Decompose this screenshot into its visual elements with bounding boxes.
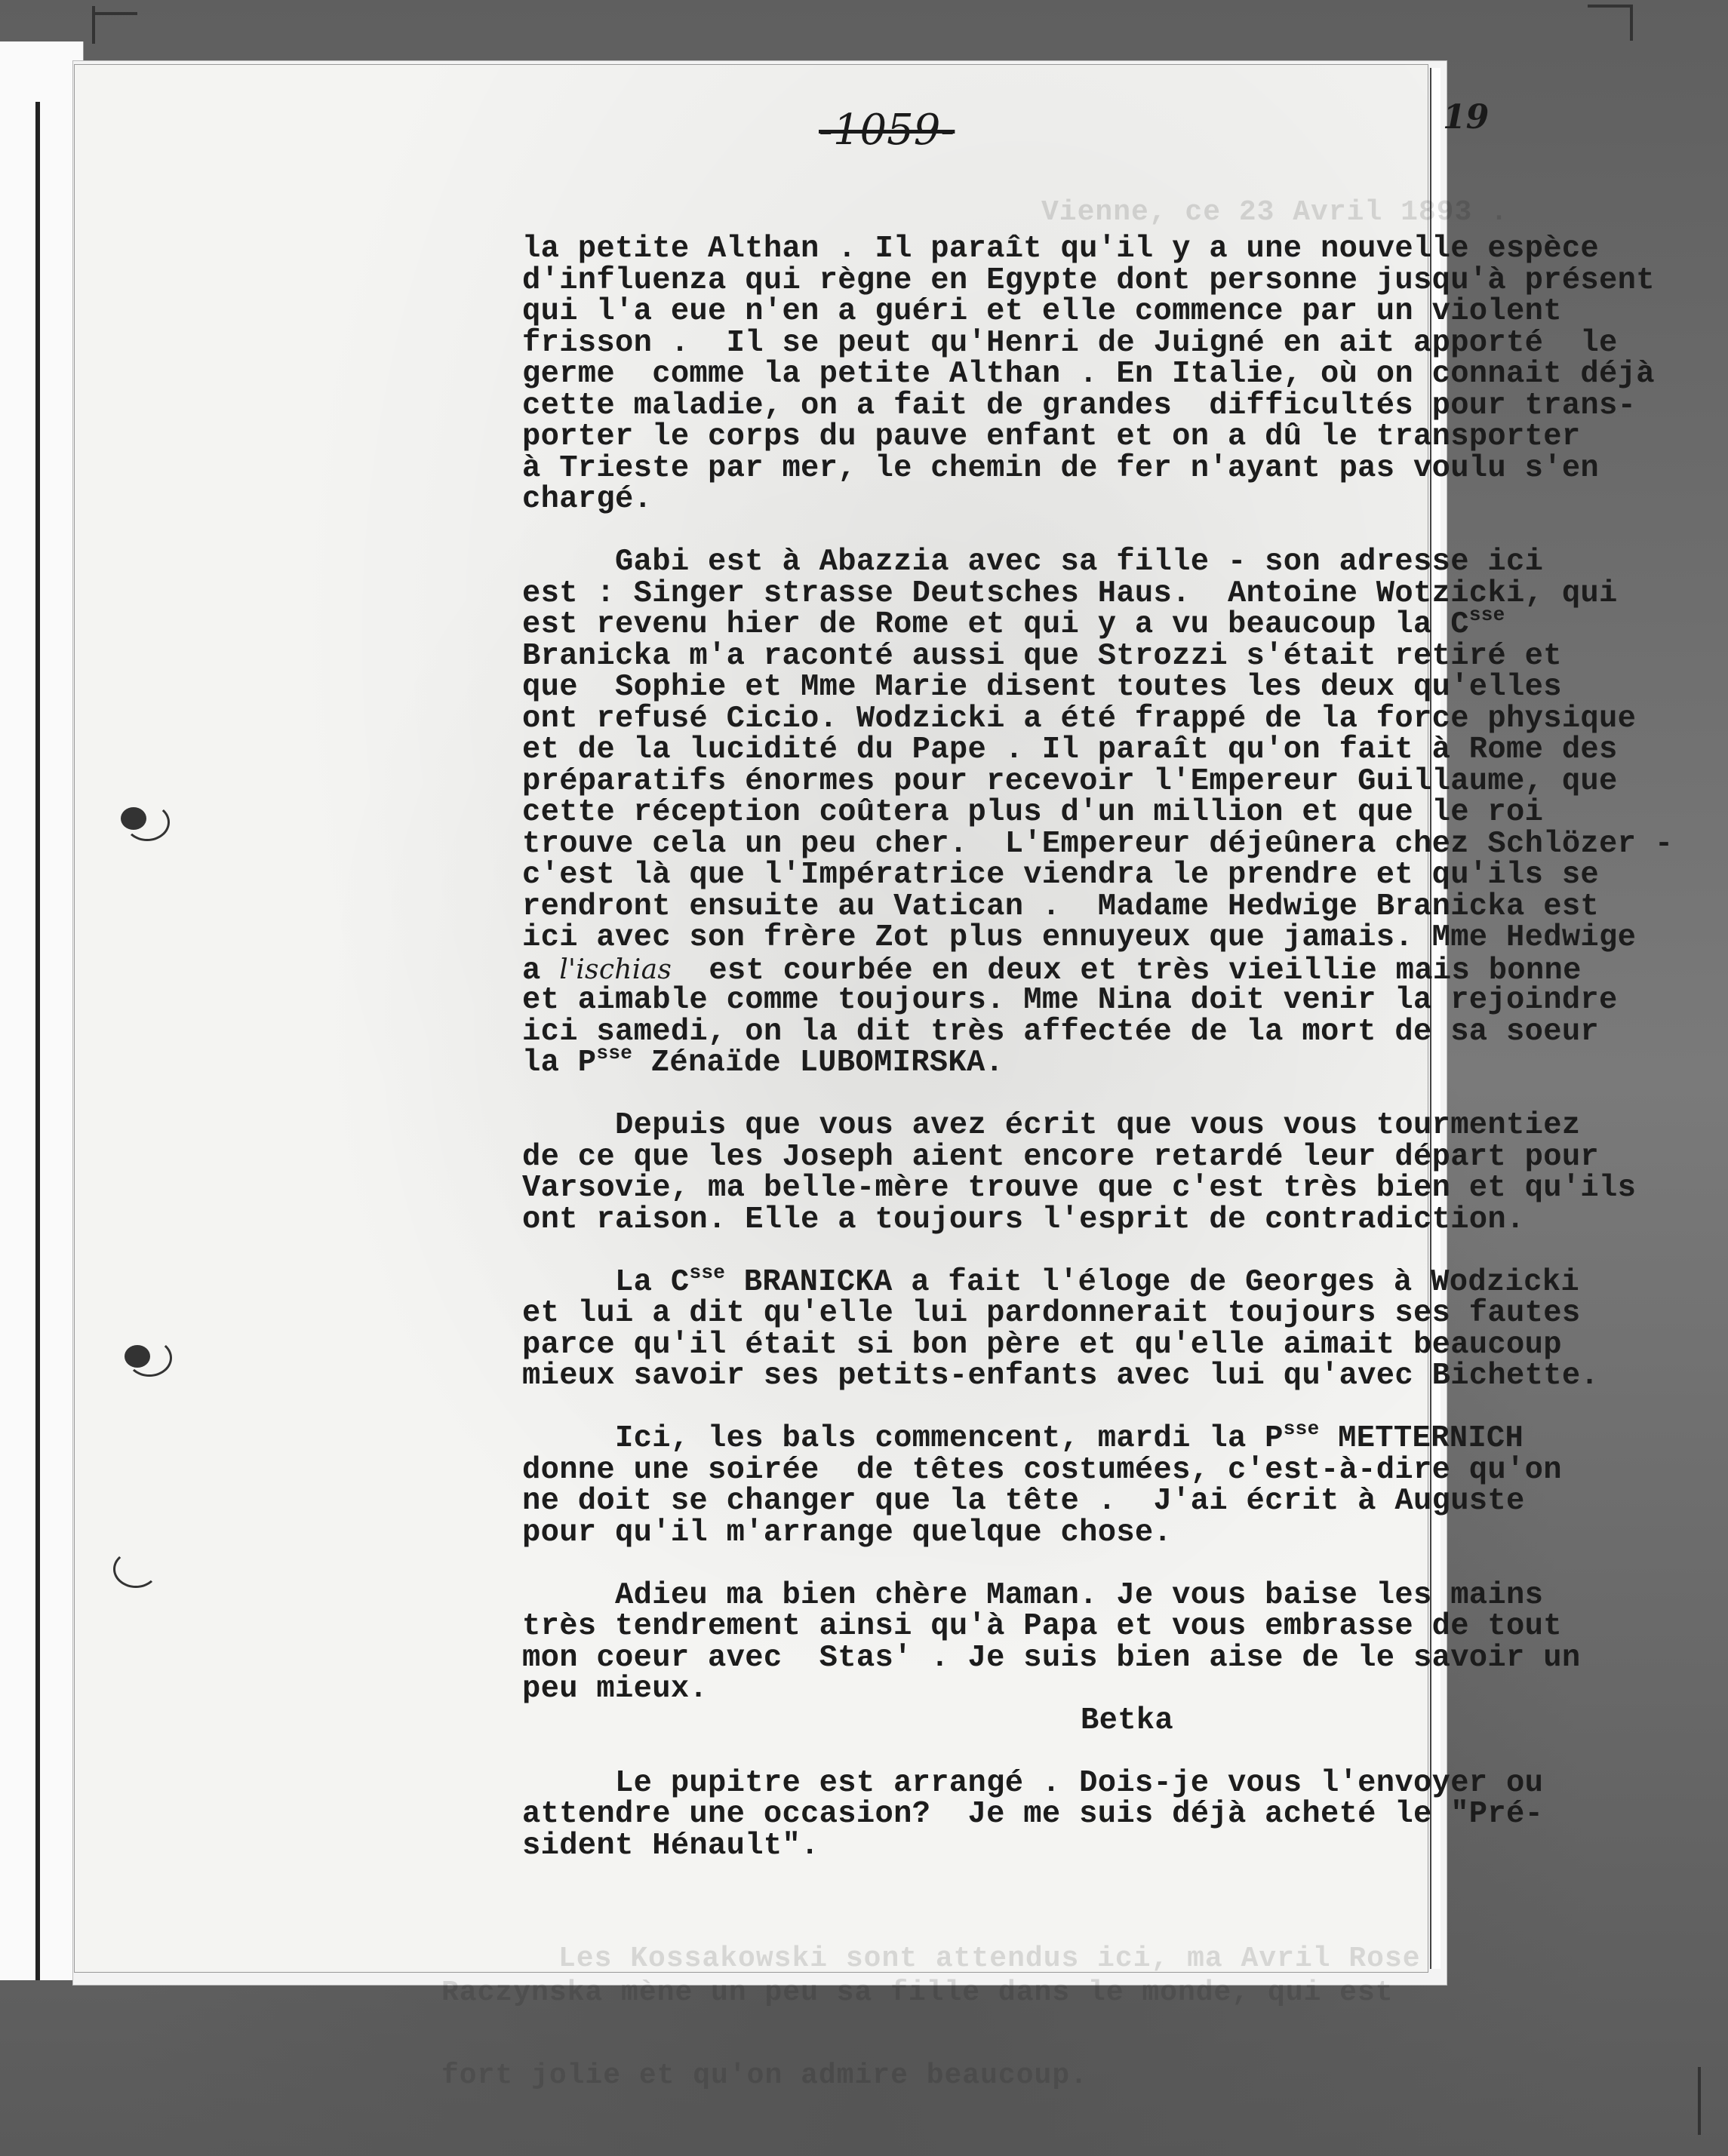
text-line: et aimable comme toujours. Mme Nina doit… <box>522 985 1631 1017</box>
text-line: rendront ensuite au Vatican . Madame Hed… <box>522 892 1631 923</box>
punch-hole-ring-icon <box>127 1339 172 1377</box>
text-line: c'est là que l'Impératrice viendra le pr… <box>522 860 1631 892</box>
superscript: sse <box>596 1042 632 1064</box>
postscript-line: attendre une occasion? Je me suis déjà a… <box>522 1799 1631 1831</box>
text-line: qui l'a eue n'en a guéri et elle commenc… <box>522 296 1631 328</box>
text-line: d'influenza qui règne en Egypte dont per… <box>522 266 1631 297</box>
superscript: sse <box>1469 603 1505 626</box>
crop-mark-top-right <box>1588 5 1633 8</box>
text-line: ici samedi, on la dit très affectée de l… <box>522 1017 1631 1049</box>
signature: Betka <box>522 1706 1631 1737</box>
page-number: 19 <box>1443 98 1489 137</box>
text-line: Ici, les bals commencent, mardi la Psse … <box>522 1424 1631 1455</box>
text-line: la Psse Zénaïde LUBOMIRSKA. <box>522 1048 1631 1080</box>
crop-mark-bottom-right <box>1698 2067 1701 2135</box>
text-line: de ce que les Joseph aient encore retard… <box>522 1142 1631 1174</box>
text-line: Varsovie, ma belle-mère trouve que c'est… <box>522 1173 1631 1205</box>
folio-number-struck: -1059- <box>819 106 955 155</box>
punch-hole-ring-icon <box>113 1550 158 1588</box>
text-line: ici avec son frère Zot plus ennuyeux que… <box>522 923 1631 954</box>
text-line: cette réception coûtera plus d'un millio… <box>522 797 1631 829</box>
text-line: ont raison. Elle a toujours l'esprit de … <box>522 1205 1631 1236</box>
punch-hole-ring-icon <box>125 803 170 841</box>
letter-body: la petite Althan . Il paraît qu'il y a u… <box>522 234 1631 1862</box>
text-line: donne une soirée de têtes costumées, c'e… <box>522 1455 1631 1487</box>
handwritten-insertion: l'ischias <box>559 954 672 985</box>
ghost-line: Raczynska mène un peu sa fille dans le m… <box>441 1976 1394 2009</box>
text-line: chargé. <box>522 484 1631 516</box>
superscript: sse <box>689 1261 725 1284</box>
text-line: est : Singer strasse Deutsches Haus. Ant… <box>522 579 1631 610</box>
text-line: porter le corps du pauve enfant et on a … <box>522 422 1631 453</box>
ghost-header: Vienne, ce 23 Avril 1893 . <box>1041 196 1508 229</box>
text-line: mon coeur avec Stas' . Je suis bien aise… <box>522 1643 1631 1675</box>
text-line: Gabi est à Abazzia avec sa fille - son a… <box>522 547 1631 579</box>
text-line: La Csse BRANICKA a fait l'éloge de Georg… <box>522 1267 1631 1299</box>
text-line: à Trieste par mer, le chemin de fer n'ay… <box>522 453 1631 485</box>
text-line: a l'ischias est courbée en deux et très … <box>522 954 1631 986</box>
postscript-line: Le pupitre est arrangé . Dois-je vous l'… <box>522 1768 1631 1800</box>
text-line: préparatifs énormes pour recevoir l'Empe… <box>522 766 1631 798</box>
text-line: Adieu ma bien chère Maman. Je vous baise… <box>522 1580 1631 1612</box>
text-line: trouve cela un peu cher. L'Empereur déje… <box>522 829 1631 861</box>
text-line: germe comme la petite Althan . En Italie… <box>522 359 1631 391</box>
text-line: frisson . Il se peut qu'Henri de Juigné … <box>522 328 1631 360</box>
underlying-sheet <box>0 41 84 1980</box>
text-line: très tendrement ainsi qu'à Papa et vous … <box>522 1611 1631 1643</box>
text-line: et lui a dit qu'elle lui pardonnerait to… <box>522 1298 1631 1330</box>
text-line: pour qu'il m'arrange quelque chose. <box>522 1518 1631 1549</box>
text-line: ont refusé Cicio. Wodzicki a été frappé … <box>522 704 1631 736</box>
postscript-line: sident Hénault". <box>522 1831 1631 1863</box>
text-line: Branicka m'a raconté aussi que Strozzi s… <box>522 641 1631 673</box>
ghost-line: Les Kossakowski sont attendus ici, ma Av… <box>558 1943 1421 1975</box>
crop-mark-top-left <box>92 12 137 15</box>
text-line: parce qu'il était si bon père et qu'elle… <box>522 1330 1631 1362</box>
superscript: sse <box>1284 1417 1320 1440</box>
text-line: et de la lucidité du Pape . Il paraît qu… <box>522 735 1631 766</box>
binding-rule <box>35 102 40 1980</box>
text-line: mieux savoir ses petits-enfants avec lui… <box>522 1361 1631 1393</box>
text-line: Depuis que vous avez écrit que vous vous… <box>522 1110 1631 1142</box>
ghost-line: fort jolie et qu'on admire beaucoup. <box>441 2059 1088 2092</box>
crop-mark-top-right <box>1630 5 1633 41</box>
text-line: peu mieux. <box>522 1674 1631 1706</box>
text-line: cette maladie, on a fait de grandes diff… <box>522 391 1631 422</box>
text-line: est revenu hier de Rome et qui y a vu be… <box>522 610 1631 641</box>
text-line: que Sophie et Mme Marie disent toutes le… <box>522 672 1631 704</box>
text-line: ne doit se changer que la tête . J'ai éc… <box>522 1486 1631 1518</box>
text-line: la petite Althan . Il paraît qu'il y a u… <box>522 234 1631 266</box>
